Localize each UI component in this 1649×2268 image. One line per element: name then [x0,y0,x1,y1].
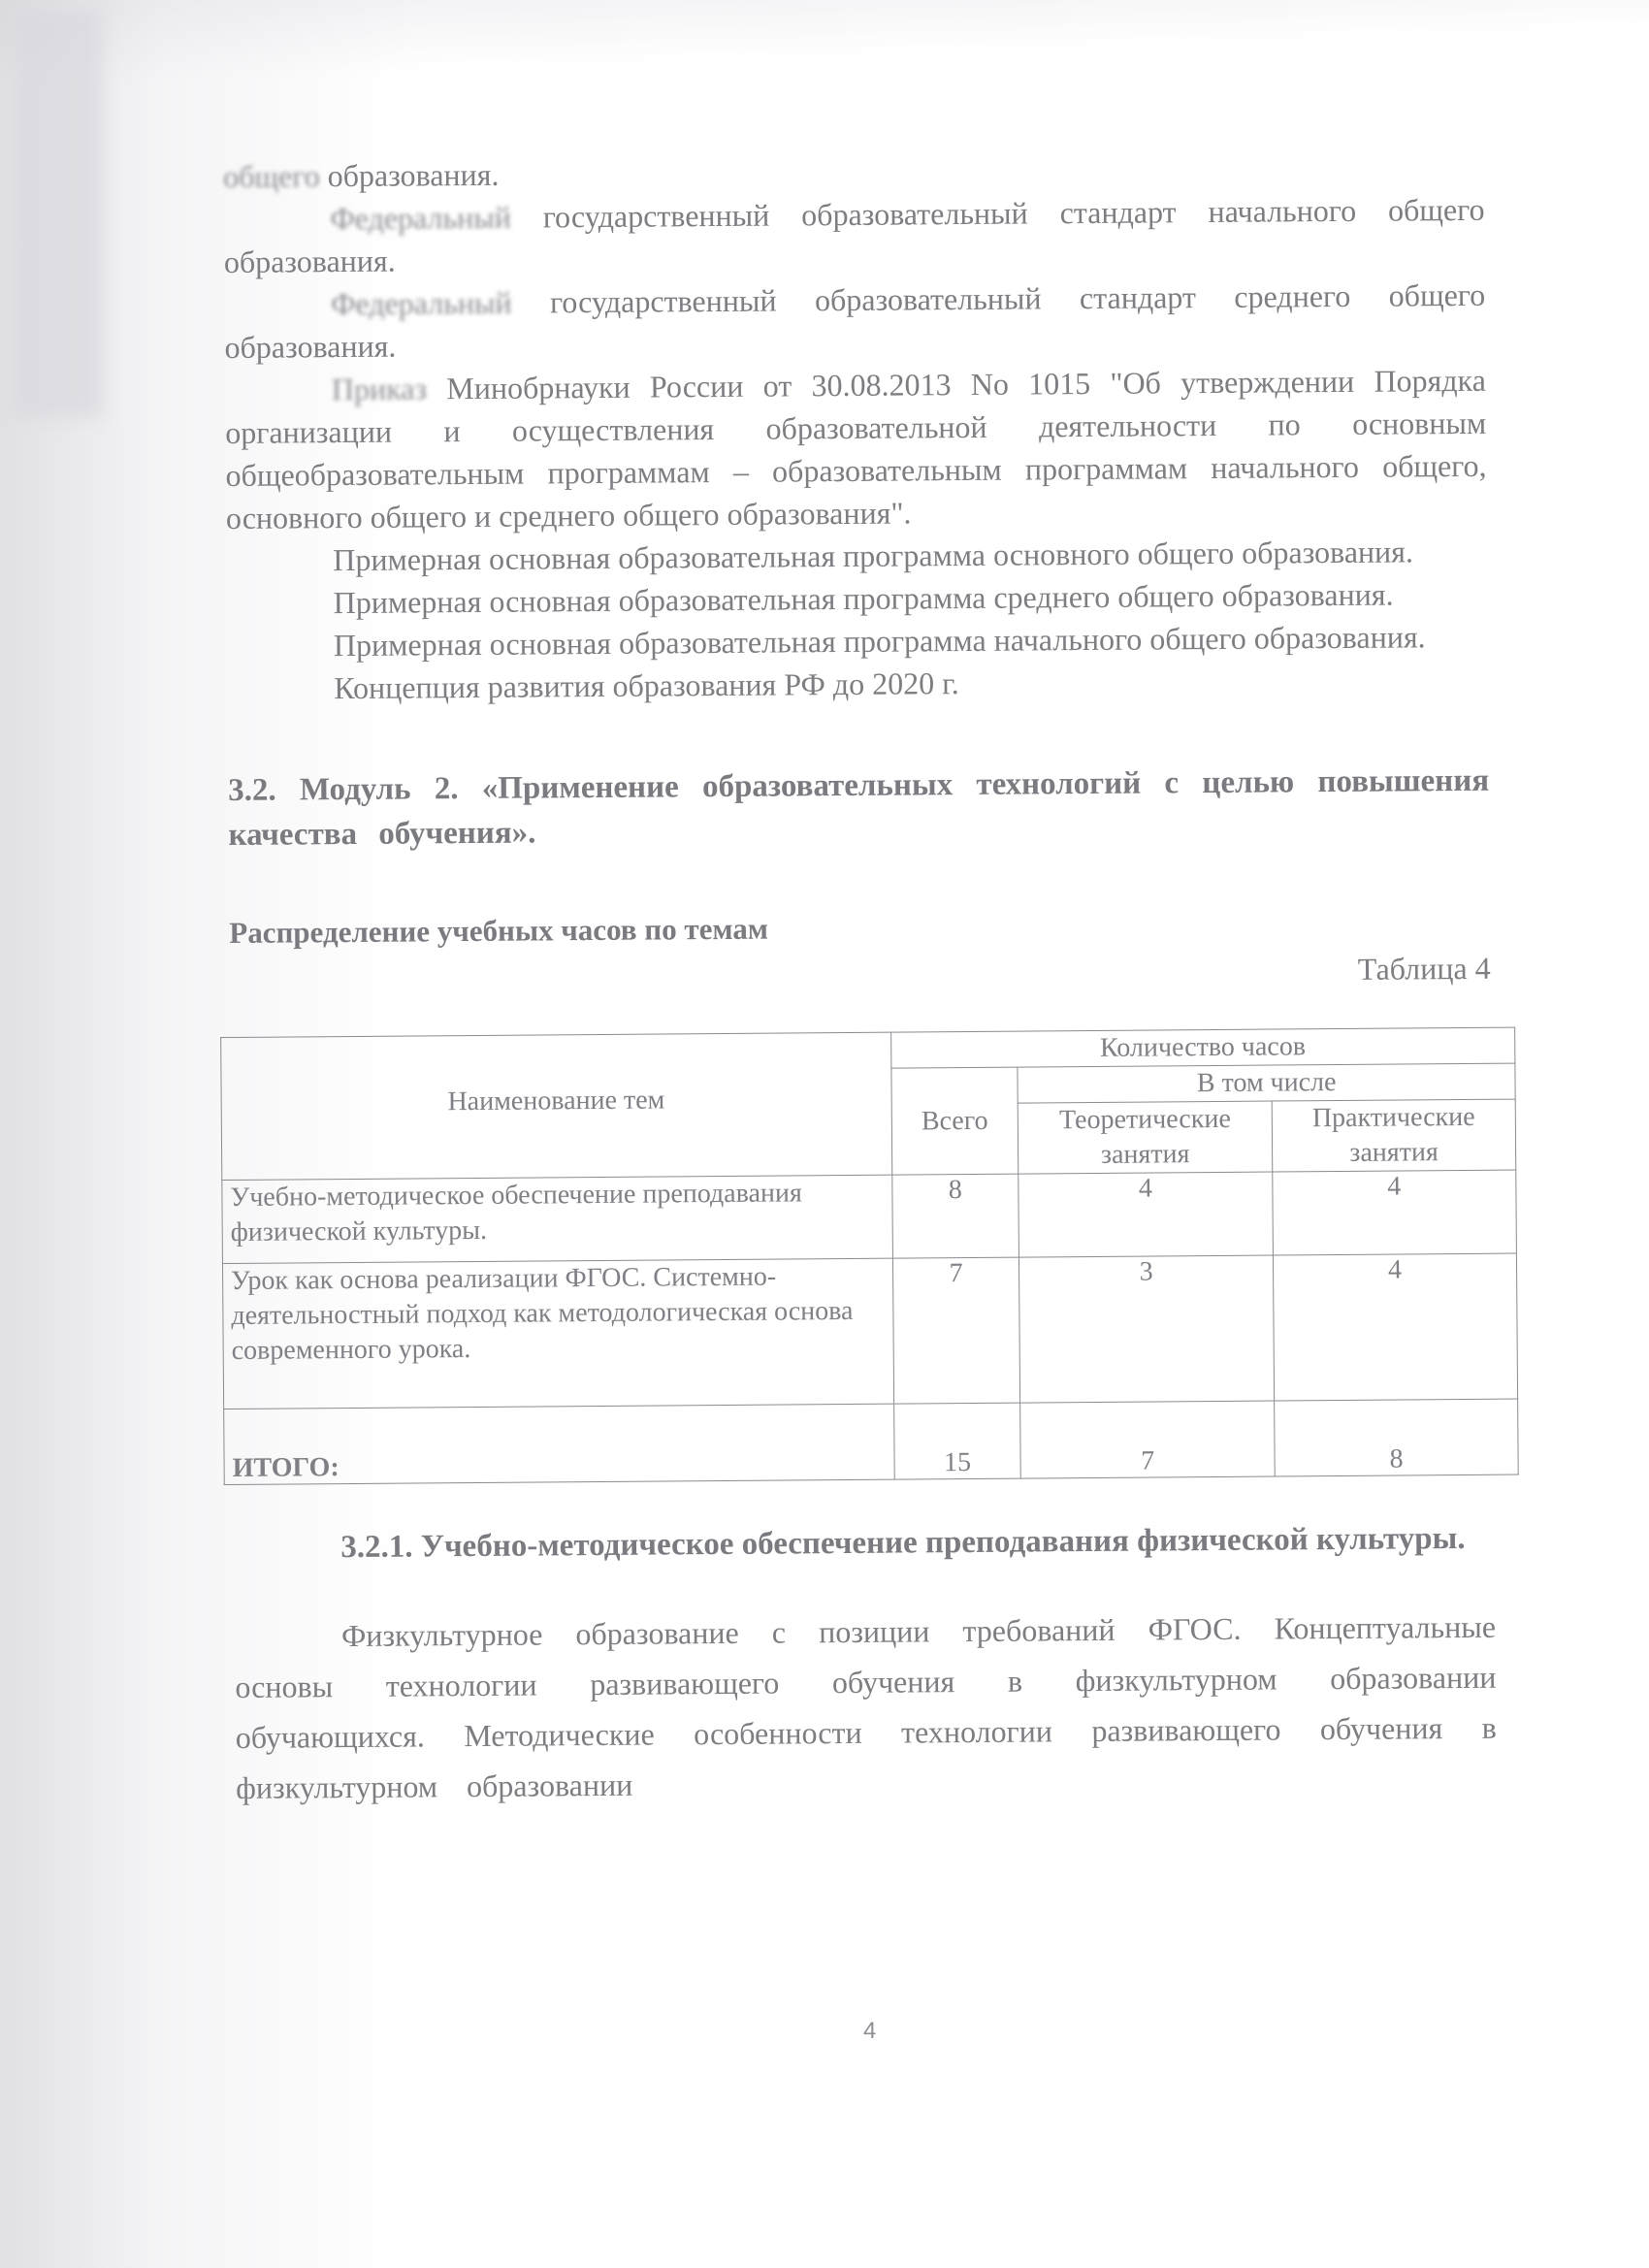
header-total: Всего [890,1067,1018,1175]
references-list: общего образования. Федеральный государс… [223,146,1488,710]
total-cell: 8 [891,1174,1018,1258]
hours-distribution-table: Наименование тем Количество часов Всего … [220,1027,1519,1485]
header-topic-name: Наименование тем [221,1032,892,1180]
totals-theory: 7 [1020,1401,1275,1478]
distribution-title: Распределение учебных часов по темам [229,906,1490,951]
totals-total: 15 [893,1403,1020,1479]
reference-item: Приказ Минобрнауки России от 30.08.2013 … [225,359,1487,539]
totals-practice: 8 [1274,1399,1518,1476]
topic-cell: Урок как основа реализации ФГОС. Системн… [222,1258,893,1409]
page-number: 4 [863,2018,876,2045]
reference-item: Федеральный государственный образователь… [224,274,1486,369]
practice-cell: 4 [1273,1170,1517,1255]
practice-cell: 4 [1273,1253,1517,1401]
scan-corner-shadow [15,10,102,417]
theory-cell: 3 [1019,1255,1275,1403]
reference-item: Концепция развития образования РФ до 202… [227,658,1488,710]
table-label: Таблица 4 [230,951,1491,996]
header-theory: Теоретические занятия [1018,1101,1273,1174]
table-row: Урок как основа реализации ФГОС. Системн… [222,1253,1517,1409]
theory-cell: 4 [1018,1172,1273,1257]
header-practice: Практические занятия [1272,1099,1516,1172]
header-hours-count: Количество часов [890,1027,1515,1068]
section-heading: 3.2. Модуль 2. «Применение образовательн… [228,759,1490,858]
table-totals-row: ИТОГО: 15 7 8 [224,1399,1519,1484]
header-including: В том числе [1018,1063,1515,1103]
total-cell: 7 [892,1257,1020,1404]
table-row: Учебно-методическое обеспечение преподав… [222,1170,1517,1263]
scan-shadow-top [0,0,1649,87]
subsection-heading: 3.2.1. Учебно-методическое обеспечение п… [234,1514,1495,1572]
document-page: общего образования. Федеральный государс… [223,146,1497,1813]
totals-label: ИТОГО: [224,1404,894,1484]
reference-item: Федеральный государственный образователь… [223,188,1485,283]
body-text: Физкультурное образование с позиции треб… [235,1602,1498,1813]
topic-cell: Учебно-методическое обеспечение преподав… [222,1175,892,1263]
body-paragraph: Физкультурное образование с позиции треб… [235,1602,1498,1813]
